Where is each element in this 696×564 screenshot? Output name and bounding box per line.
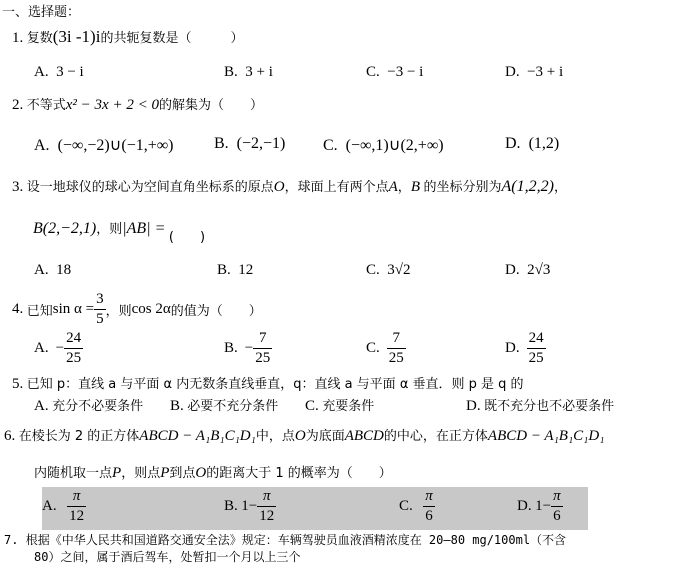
highlight-box (42, 487, 588, 530)
question-3: 3. 设一地球仪的球心为空间直角坐标系的原点O，球面上有两个点A，B 的坐标分别… (12, 176, 567, 196)
q6-option-c[interactable]: C. π6 (399, 489, 435, 524)
q2-option-a[interactable]: A. (−∞,−2)∪(−1,+∞) (34, 135, 174, 155)
q6-option-a[interactable]: A. π12 (42, 489, 86, 524)
question-5: 5. 已知 p：直线 a 与平面 α 内无数条直线垂直，q：直线 a 与平面 α… (12, 373, 524, 393)
question-2: 2. 不等式x² − 3x + 2 < 0的解集为（ ） (12, 94, 263, 114)
math-expression: (3i -1)i (53, 27, 101, 46)
q1-option-d[interactable]: D. −3 + i (505, 64, 563, 81)
q2-option-d[interactable]: D. (1,2) (505, 135, 559, 153)
q4-option-d[interactable]: D. 2425 (505, 331, 546, 366)
question-6: 6. 在棱长为 2 的正方体ABCD − A₁B₁C₁D₁中，点O为底面ABCD… (4, 425, 604, 445)
q5-option-c[interactable]: C. 充要条件 (305, 395, 374, 415)
q6-option-d[interactable]: D. 1− π6 (517, 489, 563, 524)
q5-option-d[interactable]: D. 既不充分也不必要条件 (466, 395, 614, 415)
question-number: 1. (12, 30, 23, 46)
q6-option-b[interactable]: B. 1− π12 (224, 489, 276, 524)
section-title: 一、选择题： (2, 1, 80, 20)
q4-option-c[interactable]: C. 725 (366, 331, 406, 366)
question-7: 7. 根据《中华人民共和国道路交通安全法》规定：车辆驾驶员血液酒精浓度在 20—… (4, 531, 566, 548)
q3-option-c[interactable]: C. 3√2 (366, 262, 411, 279)
q3-option-b[interactable]: B. 12 (217, 262, 253, 279)
question-1: 1. 复数(3i -1)i的共轭复数是（ ） (12, 27, 243, 47)
q3-option-a[interactable]: A. 18 (34, 262, 71, 279)
q1-option-a[interactable]: A. 3 − i (34, 64, 84, 81)
q2-option-b[interactable]: B. (−2,−1) (214, 135, 285, 153)
q4-option-b[interactable]: B. − 725 (224, 331, 272, 366)
q5-option-a[interactable]: A. 充分不必要条件 (34, 395, 143, 415)
question-6-line2: 内随机取一点P，则点P到点O的距离大于 1 的概率为（ ） (34, 462, 392, 482)
fraction: 35 (94, 292, 106, 327)
q3-option-d[interactable]: D. 2√3 (505, 262, 550, 279)
question-7-line2: 80）之间，属于酒后驾车，处暂扣一个月以上三个 (34, 548, 300, 564)
math-expression: x² − 3x + 2 < 0 (66, 97, 159, 113)
q1-option-b[interactable]: B. 3 + i (224, 64, 273, 81)
q4-option-a[interactable]: A. − 2425 (34, 331, 83, 366)
q5-option-b[interactable]: B. 必要不充分条件 (170, 395, 278, 415)
question-4: 4. 已知sin α = 35 ，则cos 2α的值为（ ） (12, 292, 262, 327)
q1-option-c[interactable]: C. −3 − i (366, 64, 423, 81)
q2-option-c[interactable]: C. (−∞,1)∪(2,+∞) (323, 135, 444, 155)
question-3-line2: B(2,−2,1)，则|AB| = ( ) (33, 218, 205, 238)
